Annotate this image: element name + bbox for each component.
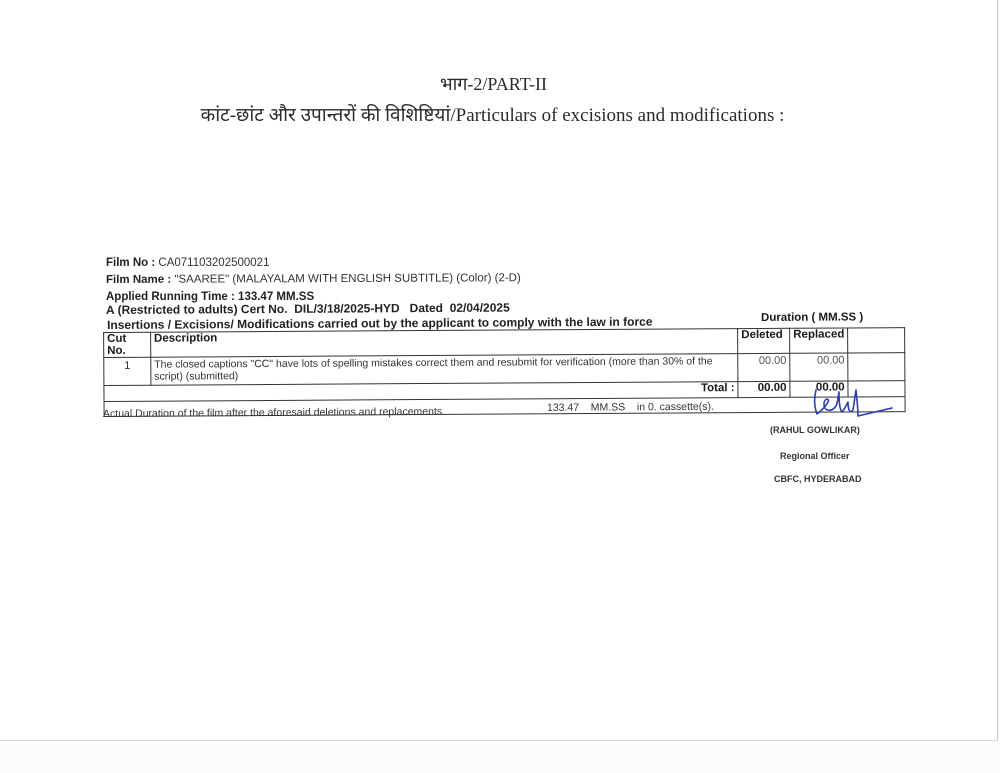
cut-replaced: 00.00 (790, 353, 848, 381)
cert-number: DIL/3/18/2025-HYD (294, 301, 399, 316)
cut-description: The closed captions "CC" have lots of sp… (151, 354, 738, 386)
actual-duration-value-line: 133.47 MM.SS in 0. cassette(s). (547, 401, 714, 414)
cut-deleted: 00.00 (738, 353, 790, 381)
running-time-label: Applied Running Time : (106, 291, 235, 303)
duration-title: Duration ( MM.SS ) (761, 311, 863, 324)
film-name: Film Name : "SAAREE" (MALAYALAM WITH ENG… (106, 272, 521, 286)
signatory-name: (RAHUL GOWLIKAR) (770, 425, 860, 435)
film-number-value: CA071103202500021 (158, 257, 269, 269)
column-header-description: Description (150, 329, 737, 358)
film-number-label: Film No : (106, 257, 155, 269)
column-header-deleted: Deleted (738, 328, 790, 353)
cassette-count: in 0. cassette(s). (637, 401, 714, 414)
cut-number: 1 (104, 357, 151, 385)
signature-icon (806, 384, 896, 429)
column-header-cut-no: Cut No. (104, 332, 151, 357)
film-number: Film No : CA071103202500021 (106, 257, 269, 269)
column-header-blank (848, 328, 905, 353)
part-heading: भाग-2/PART-II (0, 72, 995, 96)
actual-duration-value: 133.47 (547, 402, 579, 414)
actual-duration: Actual Duration of the film after the af… (103, 406, 442, 420)
modifications-table: Cut No. Description Deleted Replaced 1 T… (103, 327, 906, 417)
actual-duration-unit: MM.SS (591, 401, 626, 413)
column-header-replaced: Replaced (790, 328, 848, 353)
film-name-value: "SAAREE" (MALAYALAM WITH ENGLISH SUBTITL… (174, 272, 520, 286)
cert-date: 02/04/2025 (450, 301, 510, 315)
film-name-label: Film Name : (106, 274, 171, 286)
signatory-title: Regional Officer (780, 451, 850, 461)
cut-blank (848, 353, 905, 381)
actual-duration-label: Actual Duration of the film after the af… (103, 406, 442, 420)
dated-label: Dated (410, 301, 443, 315)
section-title: कांट-छांट और उपान्तरों की विशिष्टियां/Pa… (0, 101, 995, 127)
certificate-line: A (Restricted to adults) Cert No. DIL/3/… (106, 301, 510, 317)
signatory-office: CBFC, HYDERABAD (774, 474, 862, 484)
cert-label: A (Restricted to adults) Cert No. (106, 302, 288, 317)
document-page: भाग-2/PART-II कांट-छांट और उपान्तरों की … (0, 0, 998, 741)
total-deleted: 00.00 (738, 381, 790, 397)
